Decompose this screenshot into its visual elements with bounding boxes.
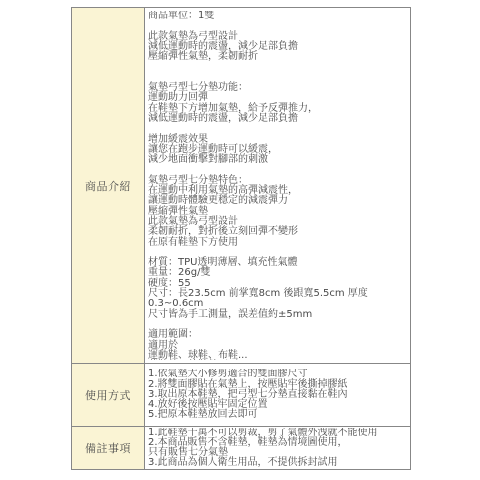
row-content-usage-instructions: 1.依氣墊大小修剪適合的雙面膠尺寸 2.將雙面膠貼在氣墊上，按壓貼牢後撕掉膠紙 …: [145, 364, 411, 427]
page-background: 商品介紹 商品單位：1雙 此款氣墊為弓型設計 減低運動時的震盪，減少足部負擔 壓…: [0, 0, 480, 480]
row-content-remarks: 1.此鞋墊千萬不可以剪裁，剪了氣體外洩就不能使用 2.本商品販售不含鞋墊，鞋墊為…: [145, 427, 411, 470]
row-label-product-intro: 商品介紹: [72, 8, 145, 364]
row-label-usage-instructions: 使用方式: [72, 364, 145, 427]
table-row-remarks: 備註事項 1.此鞋墊千萬不可以剪裁，剪了氣體外洩就不能使用 2.本商品販售不含鞋…: [72, 427, 411, 470]
table-row-usage-instructions: 使用方式 1.依氣墊大小修剪適合的雙面膠尺寸 2.將雙面膠貼在氣墊上，按壓貼牢後…: [72, 364, 411, 427]
table-row-product-intro: 商品介紹 商品單位：1雙 此款氣墊為弓型設計 減低運動時的震盪，減少足部負擔 壓…: [72, 8, 411, 364]
row-label-text: 備註事項: [85, 442, 131, 455]
usage-instructions-text: 1.依氣墊大小修剪適合的雙面膠尺寸 2.將雙面膠貼在氣墊上，按壓貼牢後撕掉膠紙 …: [145, 369, 410, 420]
row-content-product-intro: 商品單位：1雙 此款氣墊為弓型設計 減低運動時的震盪，減少足部負擔 壓縮彈性氣墊…: [145, 8, 411, 364]
product-intro-text: 商品單位：1雙 此款氣墊為弓型設計 減低運動時的震盪，減少足部負擔 壓縮彈性氣墊…: [145, 11, 410, 360]
product-info-table: 商品介紹 商品單位：1雙 此款氣墊為弓型設計 減低運動時的震盪，減少足部負擔 壓…: [71, 7, 411, 470]
row-label-text: 使用方式: [85, 389, 131, 402]
remarks-text: 1.此鞋墊千萬不可以剪裁，剪了氣體外洩就不能使用 2.本商品販售不含鞋墊，鞋墊為…: [145, 428, 410, 469]
row-label-remarks: 備註事項: [72, 427, 145, 470]
row-label-text: 商品介紹: [85, 180, 131, 193]
